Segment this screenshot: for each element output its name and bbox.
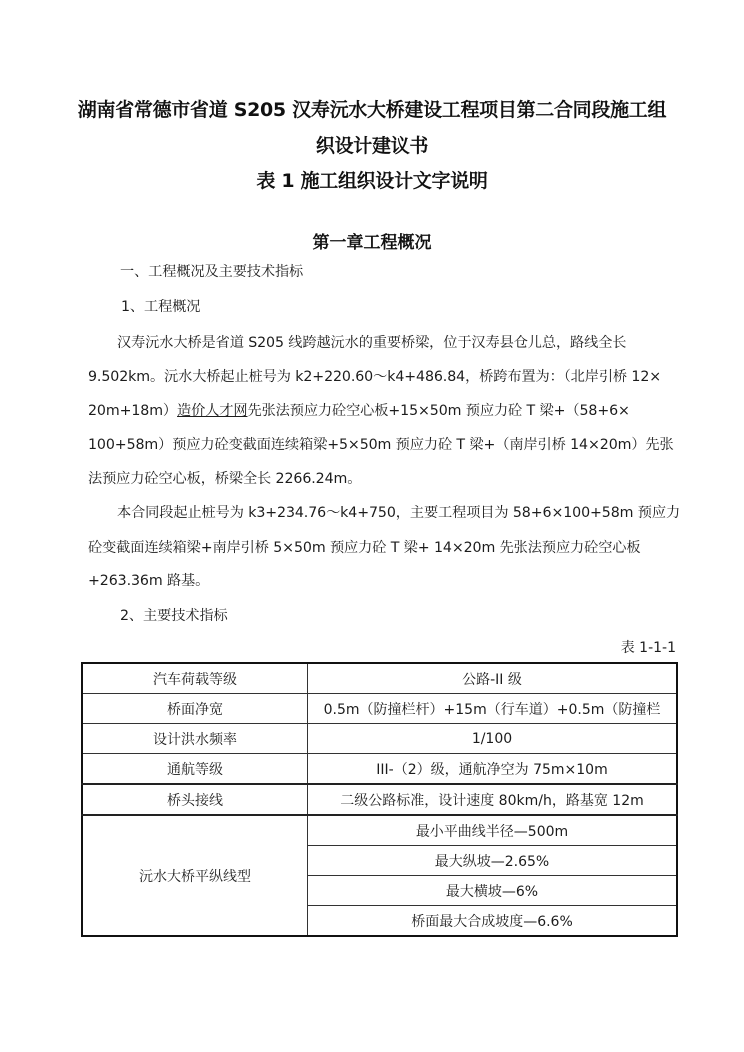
table-cell-label: 设计洪水频率 [82, 724, 308, 754]
table-cell-label: 汽车荷载等级 [82, 663, 308, 694]
table-cell-value: 二级公路标准，设计速度 80km/h，路基宽 12m [308, 784, 678, 815]
document-title-line-2: 织设计建议书 [0, 131, 744, 158]
table-row: 桥头接线 二级公路标准，设计速度 80km/h，路基宽 12m [82, 784, 677, 815]
paragraph-1-line-3: 20m+18m）造价人才网先张法预应力砼空心板+15×50m 预应力砼 T 梁+… [88, 400, 630, 420]
table-row: 沅水大桥平纵线型 最小平曲线半径—500m [82, 815, 677, 846]
technical-spec-table: 汽车荷载等级 公路-II 级 桥面净宽 0.5m（防撞栏杆）+15m（行车道）+… [81, 662, 678, 937]
table-cell-merged-label: 沅水大桥平纵线型 [82, 815, 308, 936]
paragraph-2-line-3: +263.36m 路基。 [88, 570, 209, 590]
table-row: 设计洪水频率 1/100 [82, 724, 677, 754]
table-row: 汽车荷载等级 公路-II 级 [82, 663, 677, 694]
table-cell-value: 最大纵坡—2.65% [308, 846, 678, 876]
table-row: 通航等级 III-（2）级，通航净空为 75m×10m [82, 754, 677, 785]
table-cell-value: 公路-II 级 [308, 663, 678, 694]
table-cell-label: 桥头接线 [82, 784, 308, 815]
paragraph-2-line-2: 砼变截面连续箱梁+南岸引桥 5×50m 预应力砼 T 梁+ 14×20m 先张法… [88, 537, 640, 557]
document-subtitle: 表 1 施工组织设计文字说明 [0, 166, 744, 193]
document-title-line-1: 湖南省常德市省道 S205 汉寿沅水大桥建设工程项目第二合同段施工组 [0, 95, 744, 122]
table-cell-value: 最小平曲线半径—500m [308, 815, 678, 846]
table-cell-value: 最大横坡—6% [308, 876, 678, 906]
paragraph-1-line-2: 9.502km。沅水大桥起止桩号为 k2+220.60～k4+486.84，桥跨… [88, 366, 661, 386]
subsection-heading-2: 2、主要技术指标 [120, 605, 228, 625]
subsection-heading: 1、工程概况 [121, 296, 200, 316]
paragraph-2-line-1: 本合同段起止桩号为 k3+234.76～k4+750，主要工程项目为 58+6×… [117, 502, 680, 522]
paragraph-1-line-3-start: 20m+18m） [88, 403, 177, 419]
table-cell-value: 0.5m（防撞栏杆）+15m（行车道）+0.5m（防撞栏 [308, 694, 678, 724]
paragraph-1-line-1: 汉寿沅水大桥是省道 S205 线跨越沅水的重要桥梁，位于汉寿县仓儿总，路线全长 [117, 332, 626, 352]
paragraph-1-line-4: 100+58m）预应力砼变截面连续箱梁+5×50m 预应力砼 T 梁+（南岸引桥… [88, 434, 674, 454]
document-page: 湖南省常德市省道 S205 汉寿沅水大桥建设工程项目第二合同段施工组 织设计建议… [0, 0, 744, 1052]
table-row: 桥面净宽 0.5m（防撞栏杆）+15m（行车道）+0.5m（防撞栏 [82, 694, 677, 724]
paragraph-1-line-5: 法预应力砼空心板，桥梁全长 2266.24m。 [88, 468, 361, 488]
table-caption: 表 1-1-1 [621, 637, 676, 657]
zaojia-rencai-link[interactable]: 造价人才网 [177, 403, 247, 419]
section-heading: 一、工程概况及主要技术指标 [120, 261, 303, 281]
table-cell-value: 1/100 [308, 724, 678, 754]
table-cell-value: 桥面最大合成坡度—6.6% [308, 906, 678, 937]
table-cell-label: 通航等级 [82, 754, 308, 785]
paragraph-1-line-3-end: 先张法预应力砼空心板+15×50m 预应力砼 T 梁+（58+6× [247, 403, 629, 419]
table-cell-value: III-（2）级，通航净空为 75m×10m [308, 754, 678, 785]
chapter-heading: 第一章工程概况 [0, 228, 744, 253]
table-cell-label: 桥面净宽 [82, 694, 308, 724]
